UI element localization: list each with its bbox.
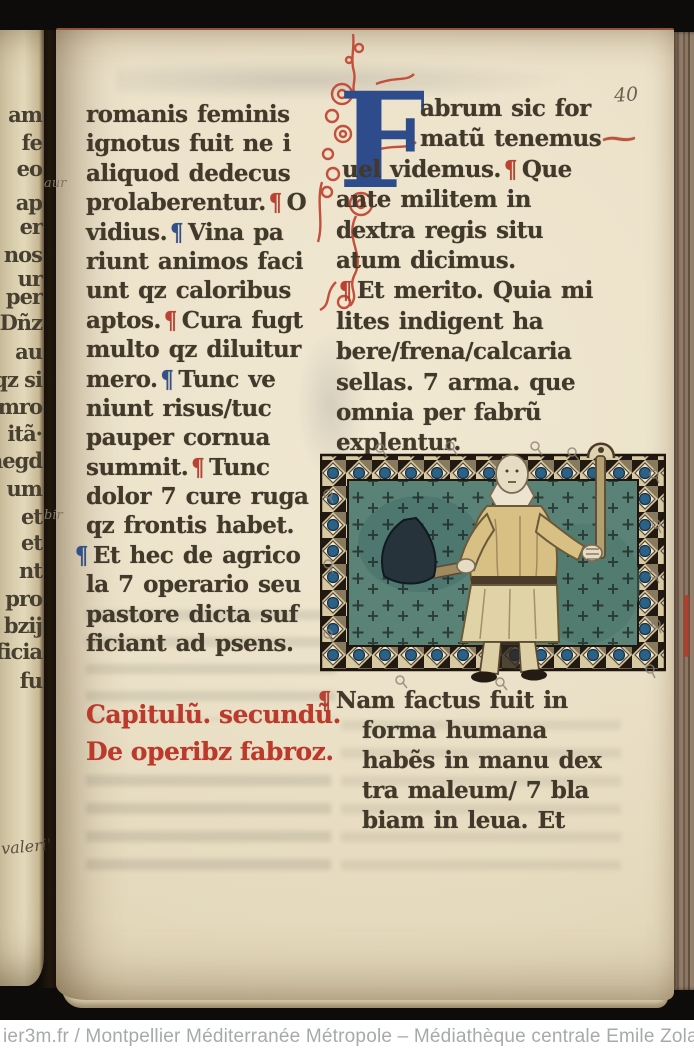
text-segment: bere/frena/calcaria — [336, 338, 571, 365]
paraph-mark-red: ¶ — [339, 274, 352, 309]
show-through-smudge — [86, 775, 331, 875]
tool-handle — [596, 456, 605, 558]
text-segment: summit. — [86, 454, 188, 481]
text-segment: atum dicimus. — [336, 247, 516, 274]
facing-page-text-fragment: Dñz — [0, 312, 42, 333]
text-line: ¶Et merito. Quia mi — [336, 276, 656, 306]
paraph-mark-blue: ¶ — [170, 215, 183, 249]
text-segment: dextra regis situ — [336, 217, 543, 244]
text-line: bere/frena/calcaria — [336, 337, 656, 367]
text-line: qz frontis habet. — [86, 511, 336, 540]
text-line: lites indigent ha — [336, 307, 656, 337]
text-segment: Cura fugt — [182, 307, 303, 334]
text-line: romanis feminis — [86, 100, 336, 129]
text-line: De operibz fabroz. — [86, 733, 346, 770]
text-line: Capitulũ. secundũ. — [86, 696, 346, 733]
library-credit-bar: ier3m.fr / Montpellier Méditerranée Métr… — [0, 1020, 694, 1054]
text-line: ante militem in — [336, 185, 656, 215]
smith-head — [496, 455, 528, 493]
text-segment: ante militem in — [336, 186, 531, 213]
left-text-column: romanis feminisignotus fuit ne ialiquod … — [86, 100, 336, 658]
text-segment: uel videmus. — [342, 156, 501, 183]
text-segment: la 7 operario seu — [86, 571, 301, 598]
text-segment: sellas. 7 arma. que — [336, 369, 575, 396]
digitized-manuscript-viewer: amfeeoapernosurperDñzauqz simroitã·negdu… — [0, 0, 694, 1054]
text-segment: pauper cornua — [86, 424, 270, 451]
paraph-mark-red: ¶ — [269, 186, 282, 220]
text-line: riunt animos faci — [86, 247, 336, 276]
text-segment: mero. — [86, 366, 158, 393]
text-segment: aptos. — [86, 307, 161, 334]
text-line: dextra regis situ — [336, 216, 656, 246]
fore-edge-red-mark — [684, 595, 689, 657]
facing-page-text-fragment: um — [7, 478, 43, 499]
facing-page-text-fragment: eo — [17, 158, 42, 179]
facing-page-text-fragment: itã· — [7, 423, 42, 444]
text-segment: Et hec de agrico — [93, 542, 300, 569]
book-fore-edge — [674, 32, 694, 990]
text-line: ficiant ad psens. — [86, 629, 336, 658]
text-line: mero.¶Tunc ve — [86, 365, 336, 394]
paraph-mark-red: ¶ — [504, 153, 517, 188]
text-line: abrum sic for — [420, 94, 656, 124]
rubric-chapter-heading: Capitulũ. secundũ.De operibz fabroz. — [86, 696, 346, 770]
text-segment: prolaberentur. — [86, 189, 266, 216]
text-line: omnia per fabrũ — [336, 398, 656, 428]
facing-page-text-fragment: er — [20, 216, 42, 237]
text-segment: Tunc — [209, 454, 269, 481]
facing-page-text-fragment: bzij — [4, 615, 42, 636]
text-segment: qz frontis habet. — [86, 512, 294, 539]
facing-page-text-fragment: fe — [22, 132, 42, 153]
text-segment: lites indigent ha — [336, 308, 543, 335]
text-segment: matũ tenemus — [420, 125, 601, 152]
right-text-column: abrum sic formatũ tenemus~uel videmus.¶Q… — [336, 94, 656, 459]
text-segment: omnia per fabrũ — [336, 399, 541, 426]
text-segment: niunt risus/tuc — [86, 395, 271, 422]
text-line: sellas. 7 arma. que — [336, 368, 656, 398]
miniature-smith-illustration — [320, 434, 666, 692]
text-line: biam in leua. Et — [362, 806, 656, 836]
text-line: pastore dicta suf — [86, 600, 336, 629]
text-segment: Nam factus fuit in — [336, 687, 568, 714]
facing-page-text-fragment: et — [21, 506, 42, 527]
text-segment: Et merito. Quia mi — [357, 277, 593, 304]
text-line: aliquod dedecus — [86, 159, 336, 188]
facing-page-text-fragment: negd — [0, 450, 42, 471]
facing-page-text-fragment: et — [21, 532, 42, 553]
paraph-mark-red: ¶ — [164, 304, 177, 338]
smith-left-hand — [457, 559, 475, 573]
text-line: multo qz diluitur — [86, 335, 336, 364]
text-segment: unt qz caloribus — [86, 277, 291, 304]
text-segment: Capitulũ. secundũ. — [86, 700, 341, 729]
text-line: forma humana — [362, 716, 656, 746]
text-line: tra maleum/ 7 bla — [362, 776, 656, 806]
text-line: dolor 7 cure ruga — [86, 482, 336, 511]
facing-page-text-fragment: ap — [16, 192, 42, 213]
text-line: habẽs in manu dex — [362, 746, 656, 776]
text-segment: riunt animos faci — [86, 248, 303, 275]
facing-page-text-fragment: nt — [19, 560, 42, 581]
text-line: ¶Et hec de agrico — [72, 541, 336, 570]
facing-page-text-fragment: pro — [5, 588, 42, 609]
text-line: matũ tenemus~ — [420, 124, 656, 154]
text-segment: Que — [522, 156, 572, 183]
text-line: ignotus fuit ne i — [86, 129, 336, 158]
text-line: ¶Nam factus fuit in — [336, 686, 656, 716]
text-line: niunt risus/tuc — [86, 394, 336, 423]
text-line: prolaberentur.¶O — [86, 188, 336, 217]
text-segment: aliquod dedecus — [86, 160, 290, 187]
facing-page-edge: amfeeoapernosurperDñzauqz simroitã·negdu… — [0, 30, 44, 986]
text-line: vidius.¶Vina pa — [86, 218, 336, 247]
text-segment: ignotus fuit ne i — [86, 130, 291, 157]
text-line: aptos.¶Cura fugt — [86, 306, 336, 335]
facing-page-text-fragment: fu — [20, 670, 42, 691]
text-line: pauper cornua — [86, 423, 336, 452]
text-segment: tra maleum/ 7 bla — [362, 777, 589, 804]
facing-page-text-fragment: per — [6, 286, 42, 307]
facing-page-text-fragment: ficia — [0, 641, 42, 662]
facing-page-text-fragment: mro — [0, 396, 42, 417]
paraph-mark-red: ¶ — [191, 450, 204, 484]
text-line: summit.¶Tunc — [86, 453, 336, 482]
text-segment: romanis feminis — [86, 101, 290, 128]
gutter-note: bir — [44, 508, 63, 523]
text-segment: habẽs in manu dex — [362, 747, 601, 774]
library-credit-text: ier3m.fr / Montpellier Méditerranée Métr… — [0, 1026, 694, 1048]
text-segment: Vina pa — [188, 219, 283, 246]
text-line: la 7 operario seu — [86, 570, 336, 599]
gutter-note: aur — [44, 176, 66, 191]
facing-page-text-fragment: am — [8, 104, 42, 125]
text-segment: dolor 7 cure ruga — [86, 483, 308, 510]
text-segment: ficiant ad psens. — [86, 630, 293, 657]
paraph-mark-blue: ¶ — [161, 362, 174, 396]
manuscript-photograph: amfeeoapernosurperDñzauqz simroitã·negdu… — [0, 0, 694, 1020]
text-segment: O — [287, 189, 307, 216]
text-segment: multo qz diluitur — [86, 336, 301, 363]
text-line: unt qz caloribus — [86, 276, 336, 305]
red-line-flourish: ~ — [598, 124, 639, 154]
text-segment: forma humana — [362, 717, 547, 744]
facing-page-text-fragment: au — [15, 341, 42, 362]
text-segment: pastore dicta suf — [86, 601, 298, 628]
paraph-mark-red: ¶ — [318, 684, 331, 719]
text-segment: abrum sic for — [420, 95, 591, 122]
text-line: uel videmus.¶Que — [342, 155, 656, 185]
manuscript-page: 40 romanis feminisignotus fuit ne ialiqu… — [56, 28, 674, 1000]
text-segment: Tunc ve — [178, 366, 275, 393]
text-segment: vidius. — [86, 219, 167, 246]
paraph-mark-blue: ¶ — [75, 539, 88, 573]
facing-page-text-fragment: qz si — [0, 369, 42, 390]
text-segment: De operibz fabroz. — [86, 737, 334, 766]
text-segment: biam in leua. Et — [362, 807, 565, 834]
below-miniature-text: ¶Nam factus fuit informa humanahabẽs in … — [336, 686, 656, 836]
text-line: atum dicimus. — [336, 246, 656, 276]
facing-page-text-fragment: nos — [4, 244, 42, 265]
